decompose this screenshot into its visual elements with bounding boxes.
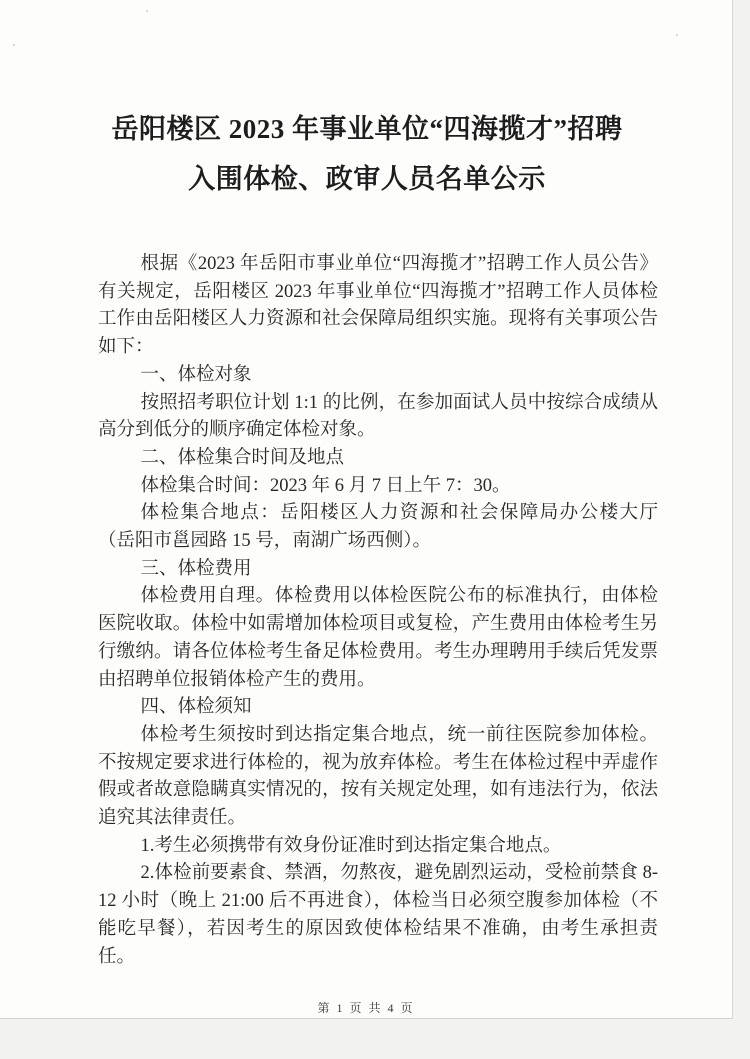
paper-sheet: 岳阳楼区 2023 年事业单位“四海揽才”招聘 入围体检、政审人员名单公示 根据…	[0, 0, 733, 1019]
document-title: 岳阳楼区 2023 年事业单位“四海揽才”招聘 入围体检、政审人员名单公示	[60, 104, 674, 204]
page-number: 第 1 页 共 4 页	[0, 1000, 732, 1016]
section-4-paragraph: 体检考生须按时到达指定集合地点，统一前往医院参加体检。不按规定要求进行体检的，视…	[98, 722, 658, 833]
section-1-heading: 一、体检对象	[98, 362, 658, 390]
section-2-heading: 二、体检集合时间及地点	[98, 445, 658, 473]
scan-speck	[146, 10, 148, 12]
scan-speck	[676, 34, 678, 36]
intro-paragraph: 根据《2023 年岳阳市事业单位“四海揽才”招聘工作人员公告》有关规定，岳阳楼区…	[98, 251, 658, 362]
section-1-paragraph: 按照招考职位计划 1:1 的比例，在参加面试人员中按综合成绩从高分到低分的顺序确…	[98, 390, 658, 445]
document-body: 根据《2023 年岳阳市事业单位“四海揽才”招聘工作人员公告》有关规定，岳阳楼区…	[98, 251, 658, 971]
section-2-time-paragraph: 体检集合时间：2023 年 6 月 7 日上午 7：30。	[98, 473, 658, 501]
section-3-paragraph: 体检费用自理。体检费用以体检医院公布的标准执行，由体检医院收取。体检中如需增加体…	[98, 583, 658, 694]
title-line-1: 岳阳楼区 2023 年事业单位“四海揽才”招聘	[60, 104, 674, 154]
notice-item-2: 2.体检前要素食、禁酒，勿熬夜，避免剧烈运动，受检前禁食 8-12 小时（晚上 …	[98, 860, 658, 971]
notice-item-1: 1.考生必须携带有效身份证准时到达指定集合地点。	[98, 833, 658, 861]
title-line-2: 入围体检、政审人员名单公示	[60, 154, 674, 204]
scanned-document-page: 岳阳楼区 2023 年事业单位“四海揽才”招聘 入围体检、政审人员名单公示 根据…	[0, 0, 750, 1059]
section-4-heading: 四、体检须知	[98, 694, 658, 722]
scan-speck	[13, 44, 15, 46]
section-2-location-paragraph: 体检集合地点：岳阳楼区人力资源和社会保障局办公楼大厅（岳阳市邕园路 15 号，南…	[98, 500, 658, 555]
section-3-heading: 三、体检费用	[98, 556, 658, 584]
